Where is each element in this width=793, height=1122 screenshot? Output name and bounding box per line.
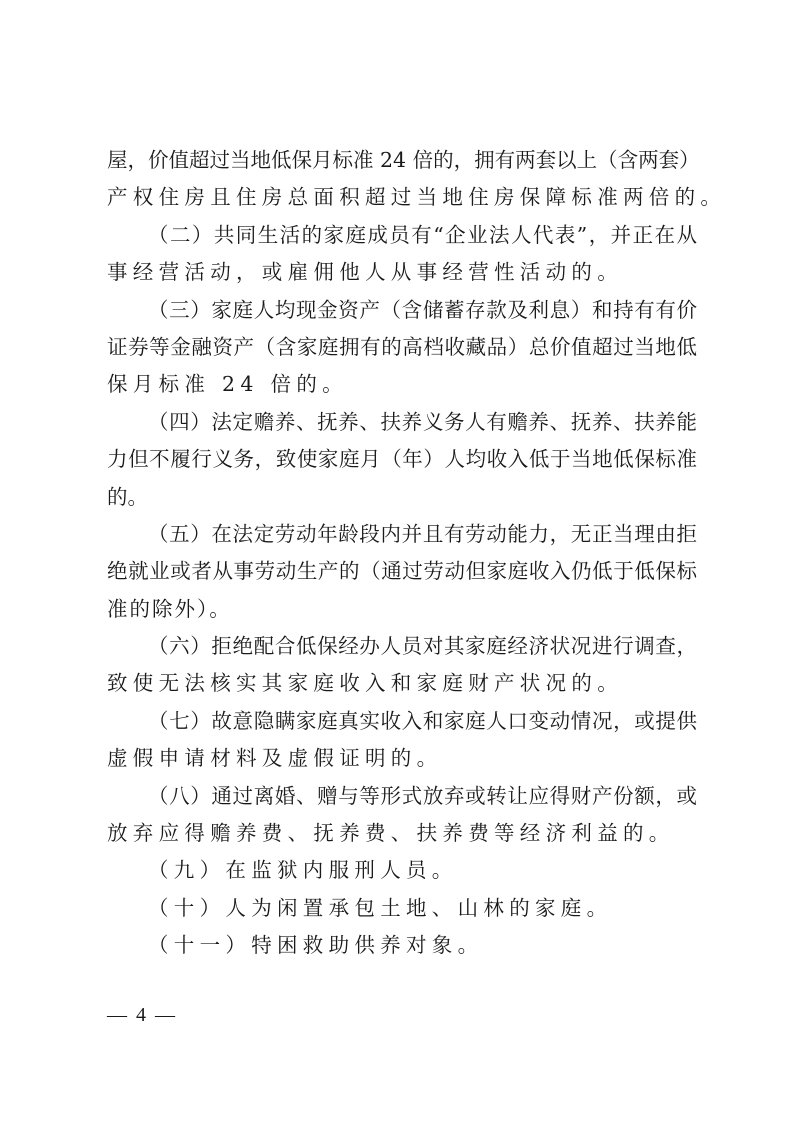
text-line: 的。 — [107, 479, 697, 516]
text-line: （三）家庭人均现金资产（含储蓄存款及利息）和持有有价 — [107, 292, 697, 329]
text-line: （十一）特困救助供养对象。 — [107, 927, 697, 964]
document-body: 屋，价值超过当地低保月标准 24 倍的，拥有两套以上（含两套） 产权住房且住房总… — [107, 142, 697, 965]
text-line: 屋，价值超过当地低保月标准 24 倍的，拥有两套以上（含两套） — [107, 142, 697, 179]
text-line: 力但不履行义务，致使家庭月（年）人均收入低于当地低保标准 — [107, 441, 697, 478]
text-line: （十）人为闲置承包土地、山林的家庭。 — [107, 890, 697, 927]
text-line: （九）在监狱内服刑人员。 — [107, 852, 697, 889]
text-line: （六）拒绝配合低保经办人员对其家庭经济状况进行调查， — [107, 628, 697, 665]
text-line: 虚假申请材料及虚假证明的。 — [107, 740, 697, 777]
text-line: 事经营活动，或雇佣他人从事经营性活动的。 — [107, 254, 697, 291]
text-line: （七）故意隐瞒家庭真实收入和家庭人口变动情况，或提供 — [107, 703, 697, 740]
text-line: 绝就业或者从事劳动生产的（通过劳动但家庭收入仍低于低保标 — [107, 553, 697, 590]
text-line: 产权住房且住房总面积超过当地住房保障标准两倍的。 — [107, 179, 697, 216]
text-line: 准的除外）。 — [107, 591, 697, 628]
text-line: （二）共同生活的家庭成员有“企业法人代表”，并正在从 — [107, 217, 697, 254]
text-line: （八）通过离婚、赠与等形式放弃或转让应得财产份额，或 — [107, 778, 697, 815]
text-line: 致使无法核实其家庭收入和家庭财产状况的。 — [107, 665, 697, 702]
text-line: （五）在法定劳动年龄段内并且有劳动能力，无正当理由拒 — [107, 516, 697, 553]
page-number: — 4 — — [107, 1004, 177, 1027]
text-line: 保月标准 24 倍的。 — [107, 366, 697, 403]
text-line: 证券等金融资产（含家庭拥有的高档收藏品）总价值超过当地低 — [107, 329, 697, 366]
text-line: （四）法定赡养、抚养、扶养义务人有赡养、抚养、扶养能 — [107, 404, 697, 441]
text-line: 放弃应得赡养费、抚养费、扶养费等经济利益的。 — [107, 815, 697, 852]
